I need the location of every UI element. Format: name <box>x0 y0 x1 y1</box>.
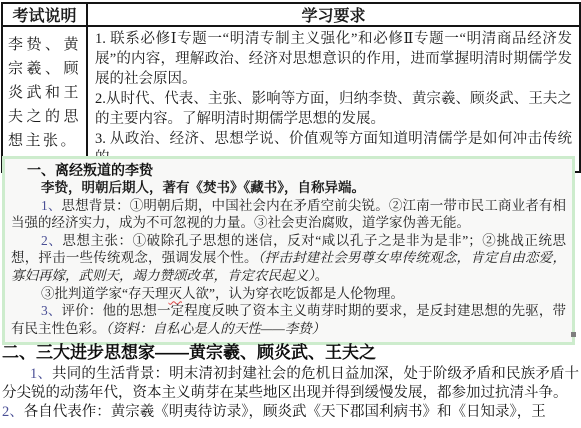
requirement-item: 2.从时代、代表、主张、影响等方面，归纳李贽、黄宗羲、顾炎武、王夫之的主要内容。… <box>95 90 572 130</box>
list-number: 1、 <box>41 198 62 213</box>
paragraph-text: ③批判道学家“存天理 <box>41 286 169 301</box>
document-page: 考试说明 学习要求 李贽、黄宗羲、顾炎武和王夫之的思想主张。 1. 联系必修Ⅰ专… <box>0 0 581 428</box>
paragraph-text: 思想背景：①明朝后期，中国社会内在矛盾空前尖锐。②江南一带市民工商业者有相当强的… <box>11 198 566 231</box>
section-one-panel: 一、离经叛道的李贽 李贽，明朝后期人，著有《焚书》《藏书》，自称异端。 1、思想… <box>2 156 575 345</box>
paragraph-text: 。 <box>315 268 329 283</box>
requirement-item: 1. 联系必修Ⅰ专题一“明清专制主义强化”和必修Ⅱ专题一“明清商品经济发展”的内… <box>95 30 572 90</box>
list-number: 3、 <box>41 303 62 318</box>
paragraph-text: 各自代表作：黄宗羲《明夷待访录》，顾炎武《天下郡国利病书》和《日知录》，王 <box>24 404 546 420</box>
thought-claims-paragraph: 2、思想主张：①破除孔子思想的迷信，反对“咸以孔子之是非为是非”；②挑战正统思想… <box>11 232 566 285</box>
requirements-cell: 1. 联系必修Ⅰ专题一“明清专制主义强化”和必修Ⅱ专题一“明清商品经济发展”的内… <box>88 27 579 171</box>
representative-works-paragraph: 2、各自代表作：黄宗羲《明夷待访录》，顾炎武《天下郡国利病书》和《日知录》，王 <box>2 403 579 422</box>
spellcheck-flagged-text: 灭 <box>169 286 183 301</box>
list-number: 2、 <box>41 233 62 248</box>
list-number: 2、 <box>2 404 24 420</box>
list-number: 1、 <box>30 366 52 382</box>
thought-background-paragraph: 1、思想背景：①明朝后期，中国社会内在矛盾空前尖锐。②江南一带市民工商业者有相当… <box>11 197 566 232</box>
section-one-intro: 李贽，明朝后期人，著有《焚书》《藏书》，自称异端。 <box>11 179 566 197</box>
section-two: 二、三大进步思想家——黄宗羲、顾炎武、王夫之 1、共同的生活背景：明末清初封建社… <box>2 341 579 422</box>
paragraph-text: 人欲”，认为穿衣吃饭都是人伦物理。 <box>182 286 404 301</box>
exam-scope-cell: 李贽、黄宗羲、顾炎武和王夫之的思想主张。 <box>3 27 88 171</box>
section-two-heading: 二、三大进步思想家——黄宗羲、顾炎武、王夫之 <box>2 341 579 364</box>
resize-handle-icon[interactable] <box>571 332 576 337</box>
paragraph-text: 共同的生活背景：明末清初封建社会的危机日益加深，处于阶级矛盾和民族矛盾十分尖锐的… <box>2 366 579 401</box>
evaluation-paragraph: 3、评价：他的思想一定程度反映了资本主义萌芽时期的要求，是反封建思想的先驱，带有… <box>11 302 566 337</box>
section-one-heading: 一、离经叛道的李贽 <box>27 161 566 179</box>
shared-background-paragraph: 1、共同的生活背景：明末清初封建社会的危机日益加深，处于阶级矛盾和民族矛盾十分尖… <box>2 365 579 402</box>
annotation-text: （资料：自私心是人的天性——李贽） <box>106 321 326 336</box>
exam-requirements-table: 考试说明 学习要求 李贽、黄宗羲、顾炎武和王夫之的思想主张。 1. 联系必修Ⅰ专… <box>1 2 581 173</box>
exam-description-header: 考试说明 <box>3 4 88 27</box>
study-requirements-header: 学习要求 <box>88 4 579 27</box>
critique-paragraph: ③批判道学家“存天理灭人欲”，认为穿衣吃饭都是人伦物理。 <box>11 285 566 303</box>
